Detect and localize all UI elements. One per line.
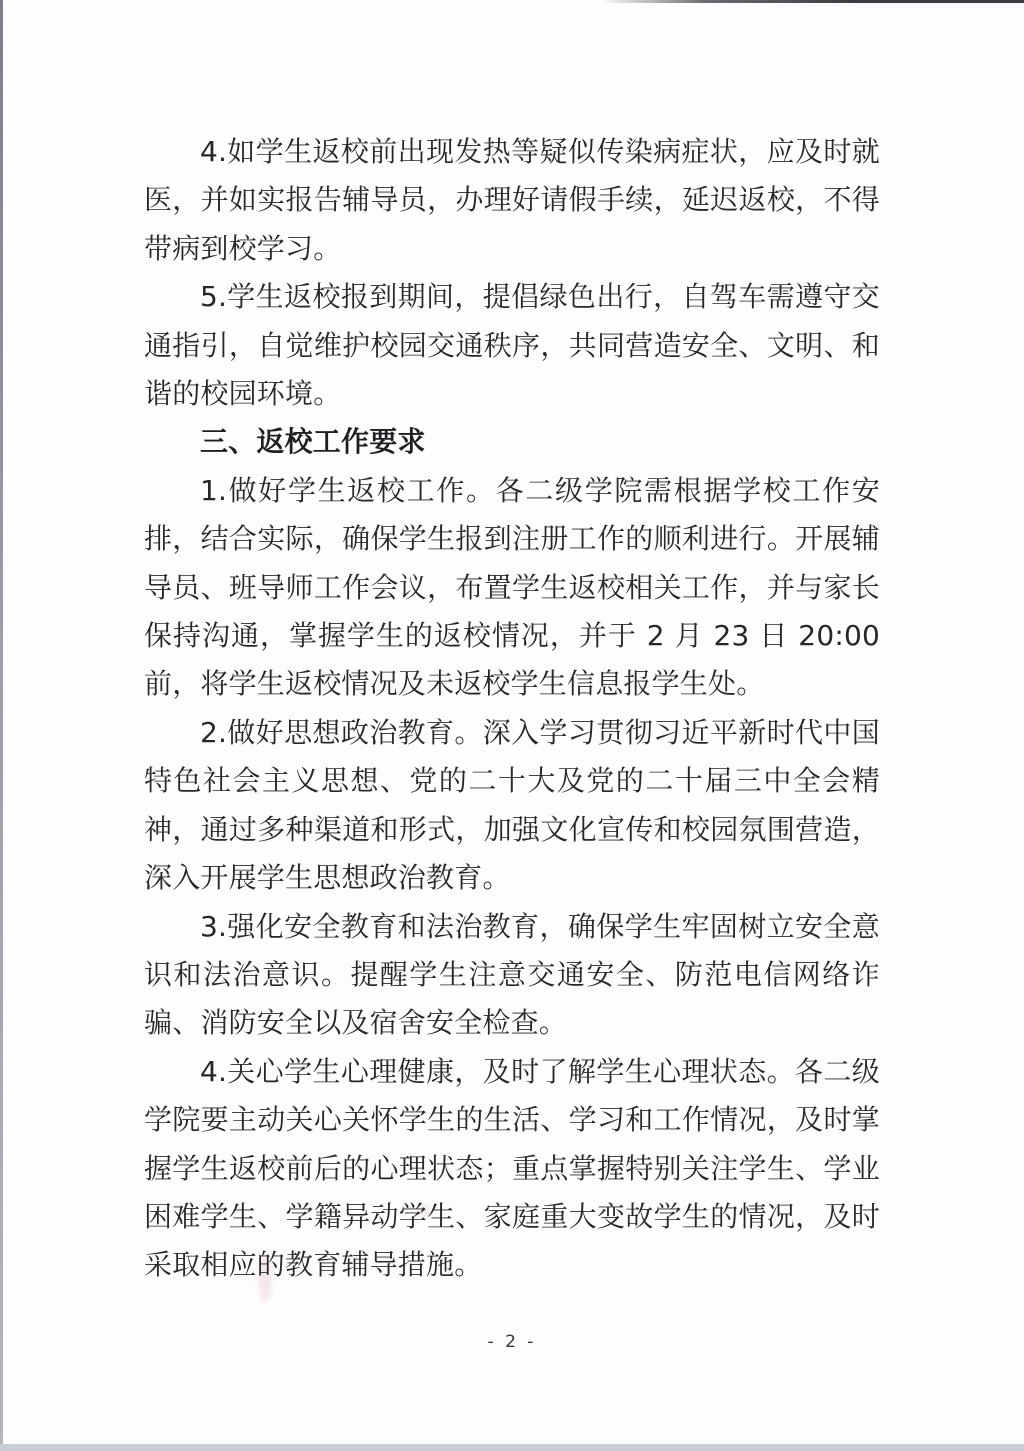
document-body: 4.如学生返校前出现发热等疑似传染病症状，应及时就医，并如实报告辅导员，办理好请… <box>144 128 880 1290</box>
section-heading-return-work-requirements: 三、返校工作要求 <box>144 418 880 466</box>
scan-artifact-left-edge <box>0 0 3 1451</box>
paragraph-return-registration-work: 1.做好学生返校工作。各二级学院需根据学校工作安排，结合实际，确保学生报到注册工… <box>144 467 880 709</box>
scan-artifact-top-edge <box>600 0 1024 3</box>
paragraph-mental-health-care: 4.关心学生心理健康，及时了解学生心理状态。各二级学院要主动关心关怀学生的生活、… <box>144 1048 880 1290</box>
page-number: - 2 - <box>0 1332 1024 1352</box>
scan-artifact-bottom-band <box>0 1444 1024 1451</box>
paragraph-safety-legal-education: 3.强化安全教育和法治教育，确保学生牢固树立安全意识和法治意识。提醒学生注意交通… <box>144 903 880 1048</box>
scanned-document-page: 4.如学生返校前出现发热等疑似传染病症状，应及时就医，并如实报告辅导员，办理好请… <box>0 0 1024 1451</box>
paragraph-illness-return: 4.如学生返校前出现发热等疑似传染病症状，应及时就医，并如实报告辅导员，办理好请… <box>144 128 880 273</box>
paragraph-green-travel: 5.学生返校报到期间，提倡绿色出行，自驾车需遵守交通指引，自觉维护校园交通秩序，… <box>144 273 880 418</box>
paragraph-ideological-political-education: 2.做好思想政治教育。深入学习贯彻习近平新时代中国特色社会主义思想、党的二十大及… <box>144 709 880 903</box>
